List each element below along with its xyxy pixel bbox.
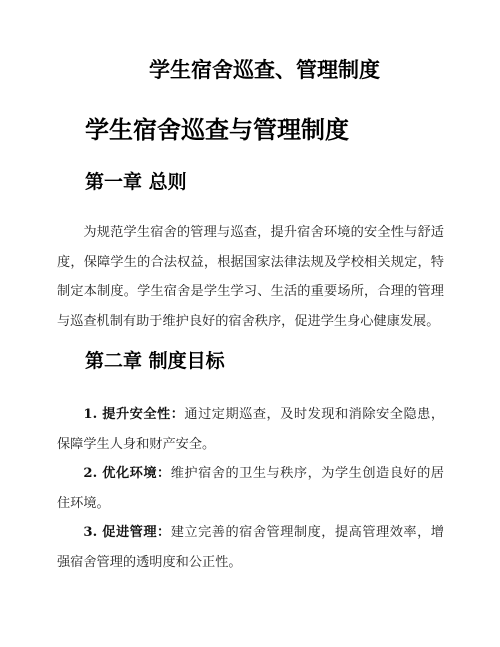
goal-item-3-lead: 3. 促进管理： <box>83 525 170 540</box>
document-page: 学生宿舍巡查、管理制度 学生宿舍巡查与管理制度 第一章 总则 为规范学生宿舍的管… <box>0 0 500 647</box>
chapter-1-heading: 第一章 总则 <box>85 171 444 193</box>
document-title: 学生宿舍巡查、管理制度 <box>57 57 444 83</box>
goal-item-3: 3. 促进管理：建立完善的宿舍管理制度，提高管理效率，增强宿舍管理的透明度和公正… <box>57 518 444 577</box>
goal-item-2-lead: 2. 优化环境： <box>83 466 170 481</box>
goal-item-1-lead: 1. 提升安全性： <box>83 407 184 422</box>
goal-item-1: 1. 提升安全性：通过定期巡查，及时发现和消除安全隐患，保障学生人身和财产安全。 <box>57 400 444 459</box>
chapter-1-paragraph: 为规范学生宿舍的管理与巡查，提升宿舍环境的安全性与舒适度，保障学生的合法权益，根… <box>57 218 444 336</box>
document-subtitle: 学生宿舍巡查与管理制度 <box>85 116 444 144</box>
goal-item-2: 2. 优化环境：维护宿舍的卫生与秩序，为学生创造良好的居住环境。 <box>57 459 444 518</box>
chapter-2-heading: 第二章 制度目标 <box>85 350 444 372</box>
